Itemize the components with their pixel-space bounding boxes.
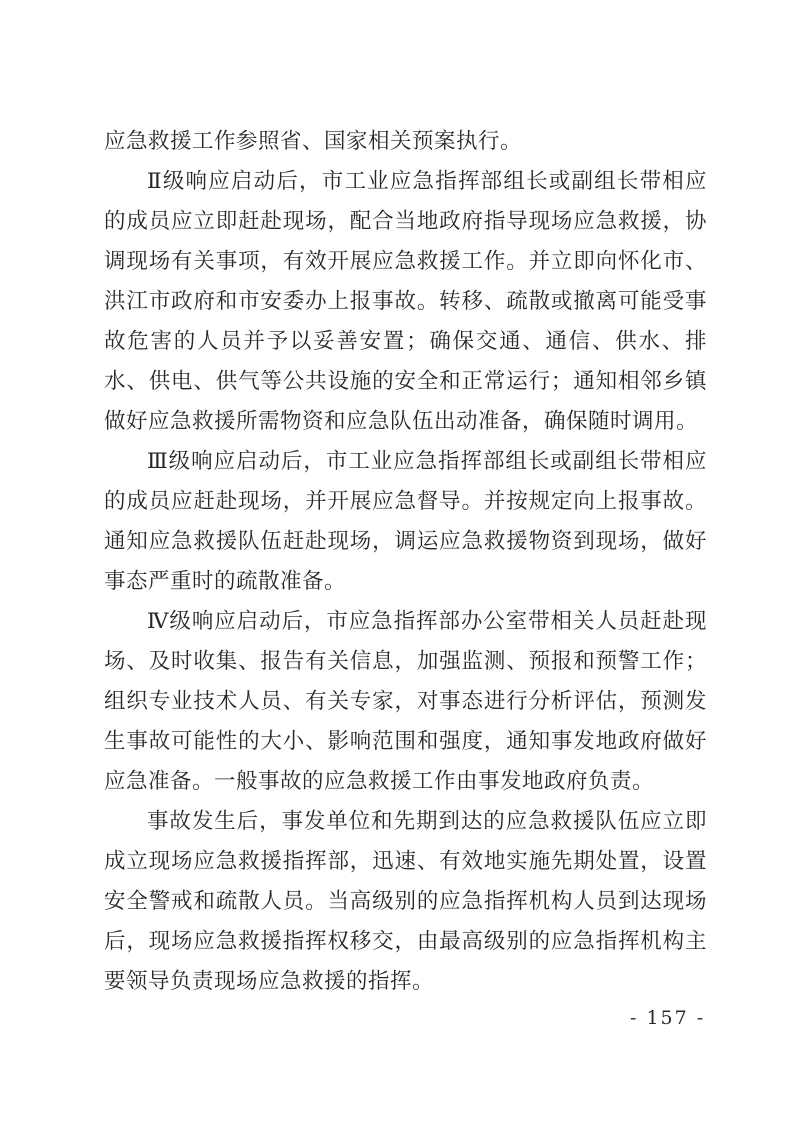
page-number: - 157 -	[630, 1007, 705, 1029]
paragraph-level2-response: Ⅱ级响应启动后，市工业应急指挥部组长或副组长带相应的成员应立即赶赴现场，配合当地…	[104, 162, 707, 442]
paragraph-level3-response: Ⅲ级响应启动后，市工业应急指挥部组长或副组长带相应的成员应赶赴现场，并开展应急督…	[104, 442, 707, 602]
paragraph-level4-response: Ⅳ级响应启动后，市应急指挥部办公室带相关人员赶赴现场、及时收集、报告有关信息，加…	[104, 602, 707, 802]
document-text-body: 应急救援工作参照省、国家相关预案执行。 Ⅱ级响应启动后，市工业应急指挥部组长或副…	[104, 122, 707, 1002]
paragraph-continuation: 应急救援工作参照省、国家相关预案执行。	[104, 122, 707, 162]
document-page: 应急救援工作参照省、国家相关预案执行。 Ⅱ级响应启动后，市工业应急指挥部组长或副…	[0, 0, 793, 1122]
paragraph-post-incident: 事故发生后，事发单位和先期到达的应急救援队伍应立即成立现场应急救援指挥部，迅速、…	[104, 802, 707, 1002]
